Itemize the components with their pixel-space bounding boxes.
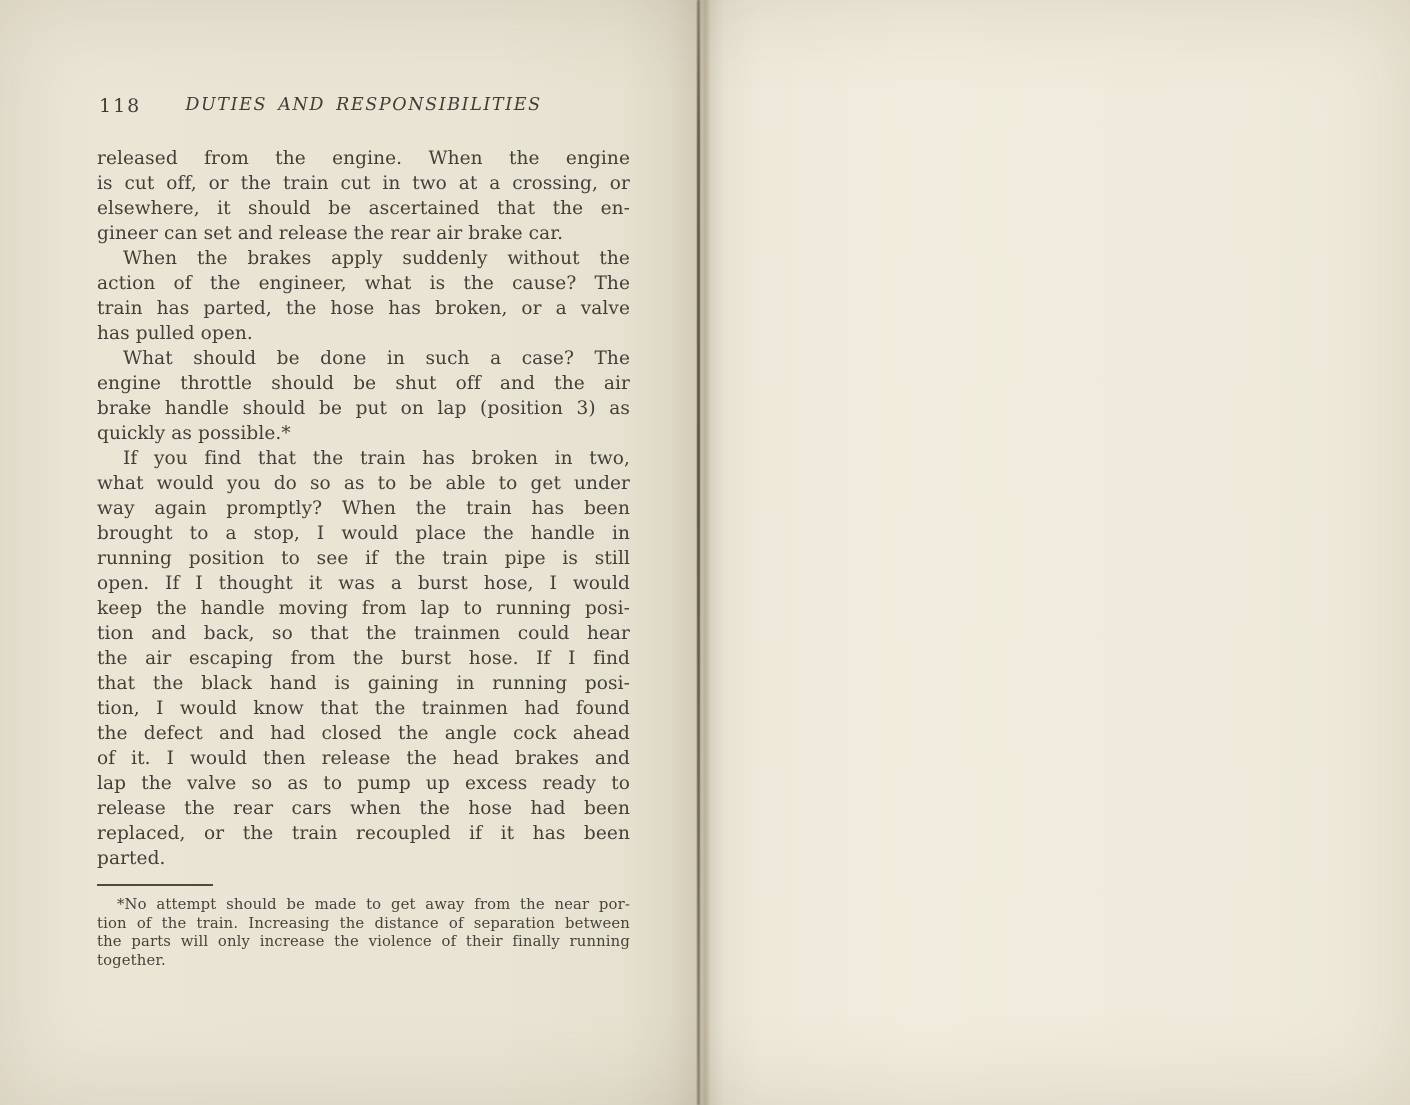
text-line: tion and back, so that the trainmen coul… [97, 621, 630, 646]
text-line: What should be done in such a case? The [97, 346, 630, 371]
text-line: release the rear cars when the hose had … [97, 796, 630, 821]
text-line: open. If I thought it was a burst hose, … [97, 571, 630, 596]
right-page: OF THE LOCOMOTIVE ENGINEER. 119 If, afte… [705, 0, 1410, 1105]
text-line: the air escaping from the burst hose. If… [97, 646, 630, 671]
footnote-line: together. [97, 952, 630, 971]
text-line: engine throttle should be shut off and t… [97, 371, 630, 396]
text-line: If you find that the train has broken in… [97, 446, 630, 471]
text-line: replaced, or the train recoupled if it h… [97, 821, 630, 846]
body-paragraph: When the brakes apply suddenly without t… [97, 246, 630, 346]
text-line: tion, I would know that the trainmen had… [97, 696, 630, 721]
text-line: lap the valve so as to pump up excess re… [97, 771, 630, 796]
footnote-line: *No attempt should be made to get away f… [97, 896, 630, 915]
left-page: 118 DUTIES AND RESPONSIBILITIES released… [0, 0, 705, 1105]
left-header-title: DUTIES AND RESPONSIBILITIES [97, 95, 630, 115]
left-page-number: 118 [99, 95, 141, 117]
body-paragraph: If you find that the train has broken in… [97, 446, 630, 871]
text-line: way again promptly? When the train has b… [97, 496, 630, 521]
text-line: brought to a stop, I would place the han… [97, 521, 630, 546]
text-line: train has parted, the hose has broken, o… [97, 296, 630, 321]
text-line: running position to see if the train pip… [97, 546, 630, 571]
footnote-line: the parts will only increase the violenc… [97, 933, 630, 952]
text-line: has pulled open. [97, 321, 630, 346]
footnote-line: tion of the train. Increasing the distan… [97, 915, 630, 934]
text-line: what would you do so as to be able to ge… [97, 471, 630, 496]
text-line: When the brakes apply suddenly without t… [97, 246, 630, 271]
text-line: brake handle should be put on lap (posit… [97, 396, 630, 421]
book-gutter [697, 0, 700, 1105]
left-running-header: 118 DUTIES AND RESPONSIBILITIES [97, 95, 630, 121]
text-line: elsewhere, it should be ascertained that… [97, 196, 630, 221]
text-line: the defect and had closed the angle cock… [97, 721, 630, 746]
text-line: parted. [97, 846, 630, 871]
text-line: of it. I would then release the head bra… [97, 746, 630, 771]
footnote-rule [97, 884, 213, 886]
text-line: keep the handle moving from lap to runni… [97, 596, 630, 621]
text-line: is cut off, or the train cut in two at a… [97, 171, 630, 196]
text-line: released from the engine. When the engin… [97, 146, 630, 171]
text-line: that the black hand is gaining in runnin… [97, 671, 630, 696]
book-spread: 118 DUTIES AND RESPONSIBILITIES released… [0, 0, 1410, 1105]
body-paragraph: What should be done in such a case? Thee… [97, 346, 630, 446]
left-footnote: *No attempt should be made to get away f… [97, 896, 630, 970]
body-paragraph: released from the engine. When the engin… [97, 146, 630, 246]
text-line: quickly as possible.* [97, 421, 630, 446]
left-body-text: released from the engine. When the engin… [97, 146, 630, 871]
text-line: action of the engineer, what is the caus… [97, 271, 630, 296]
text-line: gineer can set and release the rear air … [97, 221, 630, 246]
